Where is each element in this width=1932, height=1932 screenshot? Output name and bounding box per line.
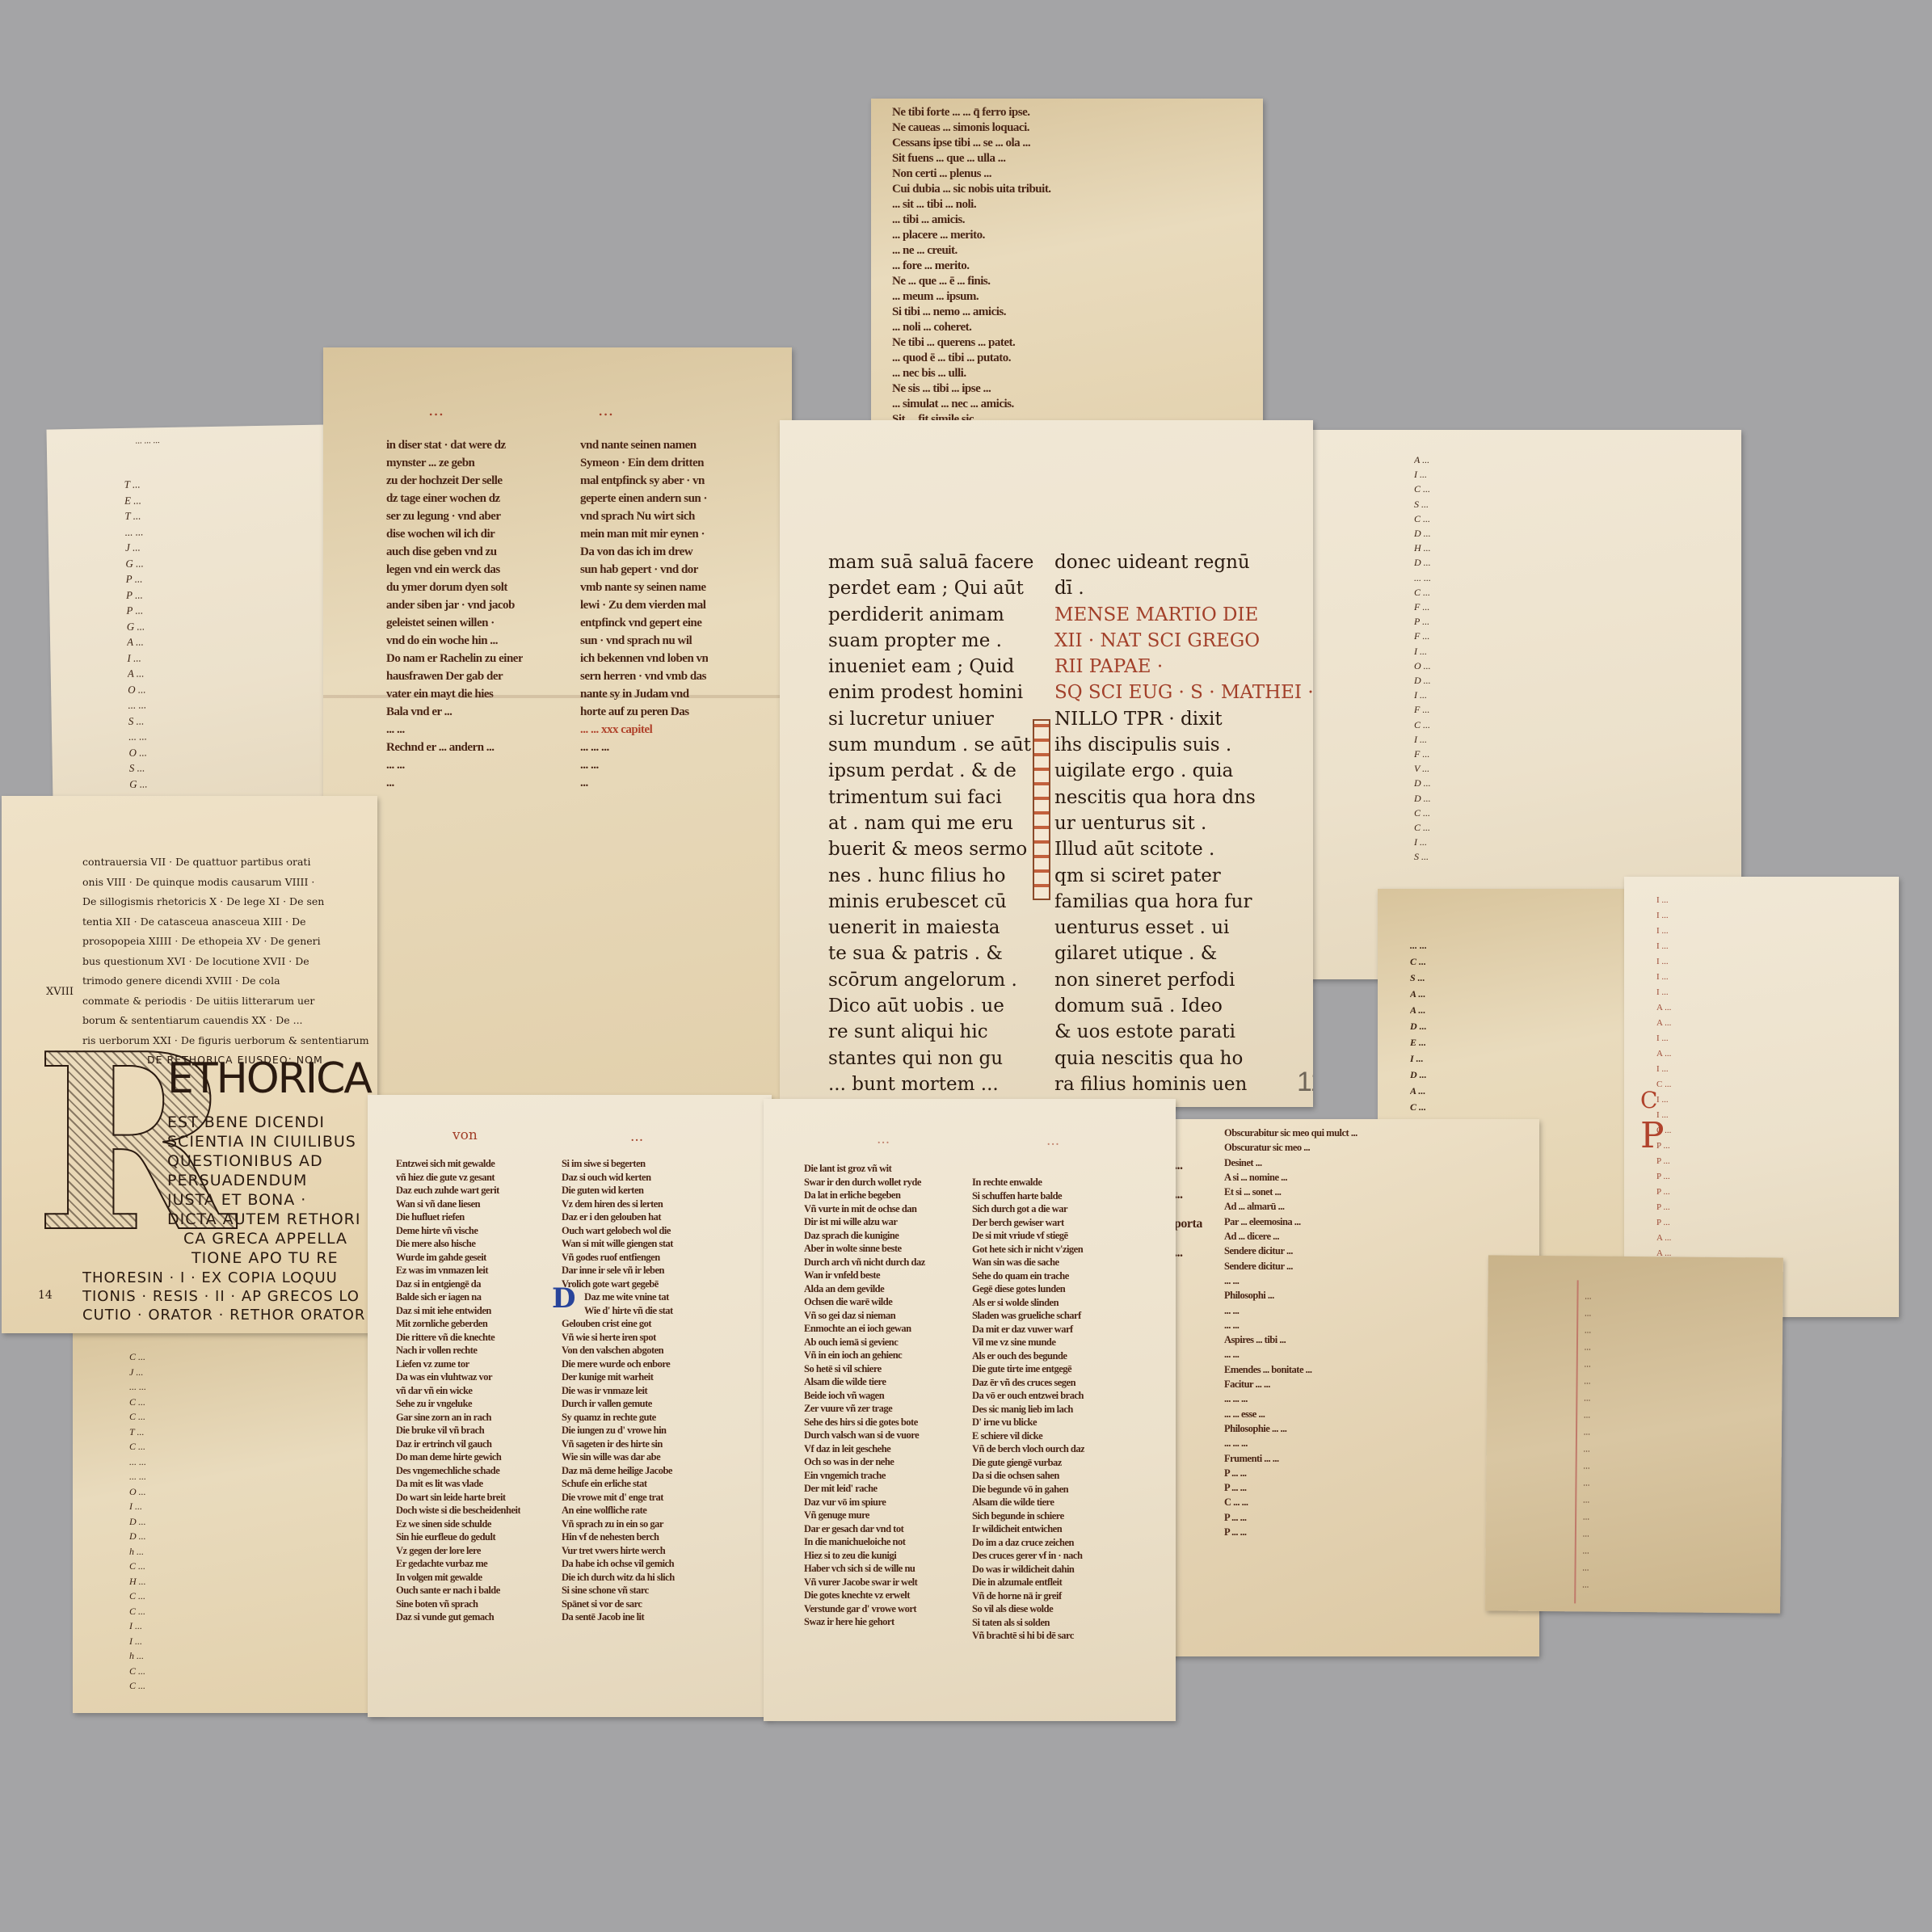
right-tall-latin-text: A ...I ... C ...S ... C ...D ... H ...D … [1414,452,1431,865]
top-left-notes-text: T ...E ... T ...... ... J ...G ... P ...… [124,477,149,840]
german-verse-right-col1: Die lant ist groz vñ witSwar ir den durc… [804,1162,925,1629]
bottom-right-brown-text: ...... ...... ...... ...... ...... .....… [1582,1288,1592,1593]
latin-verse-text: Ne tibi forte ... ... q̄ ferro ipse.Ne c… [892,105,1051,474]
fragment-central-carolingian-leaf: mam suā saluā facereperdet eam ; Qui aūt… [780,420,1313,1107]
carolingian-col2: donec uideant regnūdī . MENSE MARTIO DIE… [1054,549,1313,1097]
rhetorica-title: ETHORICA [167,1054,371,1103]
red-ruling-line [1574,1280,1578,1603]
carolingian-col1: mam suā saluā facereperdet eam ; Qui aūt… [828,549,1033,1097]
red-initial-P: P [1640,1115,1665,1156]
german-verse-right-header-2: ... [1046,1133,1059,1149]
german-folded-header-1: ... [428,400,444,419]
top-left-notes-header: ... ... ... [136,436,160,446]
german-verse-left-header-2: ... [630,1129,643,1145]
german-verse-right-header-1: ... [877,1131,890,1147]
german-folded-header-2: ... [598,400,613,419]
rhetorica-margin-number: XVIII [46,986,74,998]
bottom-left-notes-text: C ...J ... ... ...C ... C ...T ... C ...… [129,1349,146,1694]
fragment-bottom-left-notes: C ...J ... ... ...C ... C ...T ... C ...… [73,1325,384,1713]
far-right-red-text: I ...I ... I ...I ... I ...I ... I ...A … [1656,893,1671,1292]
bottom-right-latin-text: Obscurabitur sic meo qui mulct ...Obscur… [1224,1126,1357,1539]
german-folded-col2: vnd nante seinen namenSymeon · Ein dem d… [580,436,708,792]
german-verse-left-header-1: von [452,1127,478,1143]
fragment-german-verse-left: von ... Entzwei sich mit gewaldevñ hiez … [368,1095,772,1717]
german-verse-left-col2: Si im siwe si begertenDaz si ouch wid ke… [562,1157,675,1624]
german-verse-right-col2: In rechte enwaldeSi schuffen harte balde… [972,1176,1084,1643]
fragment-bottom-right-brown: ...... ...... ...... ...... ...... .....… [1485,1255,1783,1613]
german-folded-col1: in diser stat · dat were dzmynster ... z… [386,436,523,792]
rhetorica-body-bottom: THORESIN · I · EX COPIA LOQUUTIONIS · RE… [82,1269,365,1324]
fragment-bottom-right-latin: Obscurabitur sic meo qui mulct ...Obscur… [1168,1119,1539,1656]
fragment-rhetorica-leaf: contrauersia VII · De quattuor partibus … [2,796,377,1333]
decorated-initial-I [1033,719,1050,900]
red-initial-C: C [1640,1087,1657,1113]
rhetorica-body: EST BENE DICENDISCIENTIA IN CIUILIBUS QU… [167,1113,360,1268]
fragment-far-right-red-leaf: I ...I ... I ...I ... I ...I ... I ...A … [1624,877,1899,1317]
fragment-german-folded-leaf: ... ... in diser stat · dat were dzmynst… [323,347,792,1099]
german-verse-left-col1: Entzwei sich mit gewaldevñ hiez die gute… [396,1157,520,1624]
bottom-right-margin-words: ... ... porta ... [1174,1151,1202,1268]
fragment-german-verse-right: ... ... Die lant ist groz vñ witSwar ir … [764,1099,1176,1721]
rhetorica-folio-number: 14 [38,1289,53,1302]
pencil-shelf-number: 1124 [1297,1067,1313,1098]
